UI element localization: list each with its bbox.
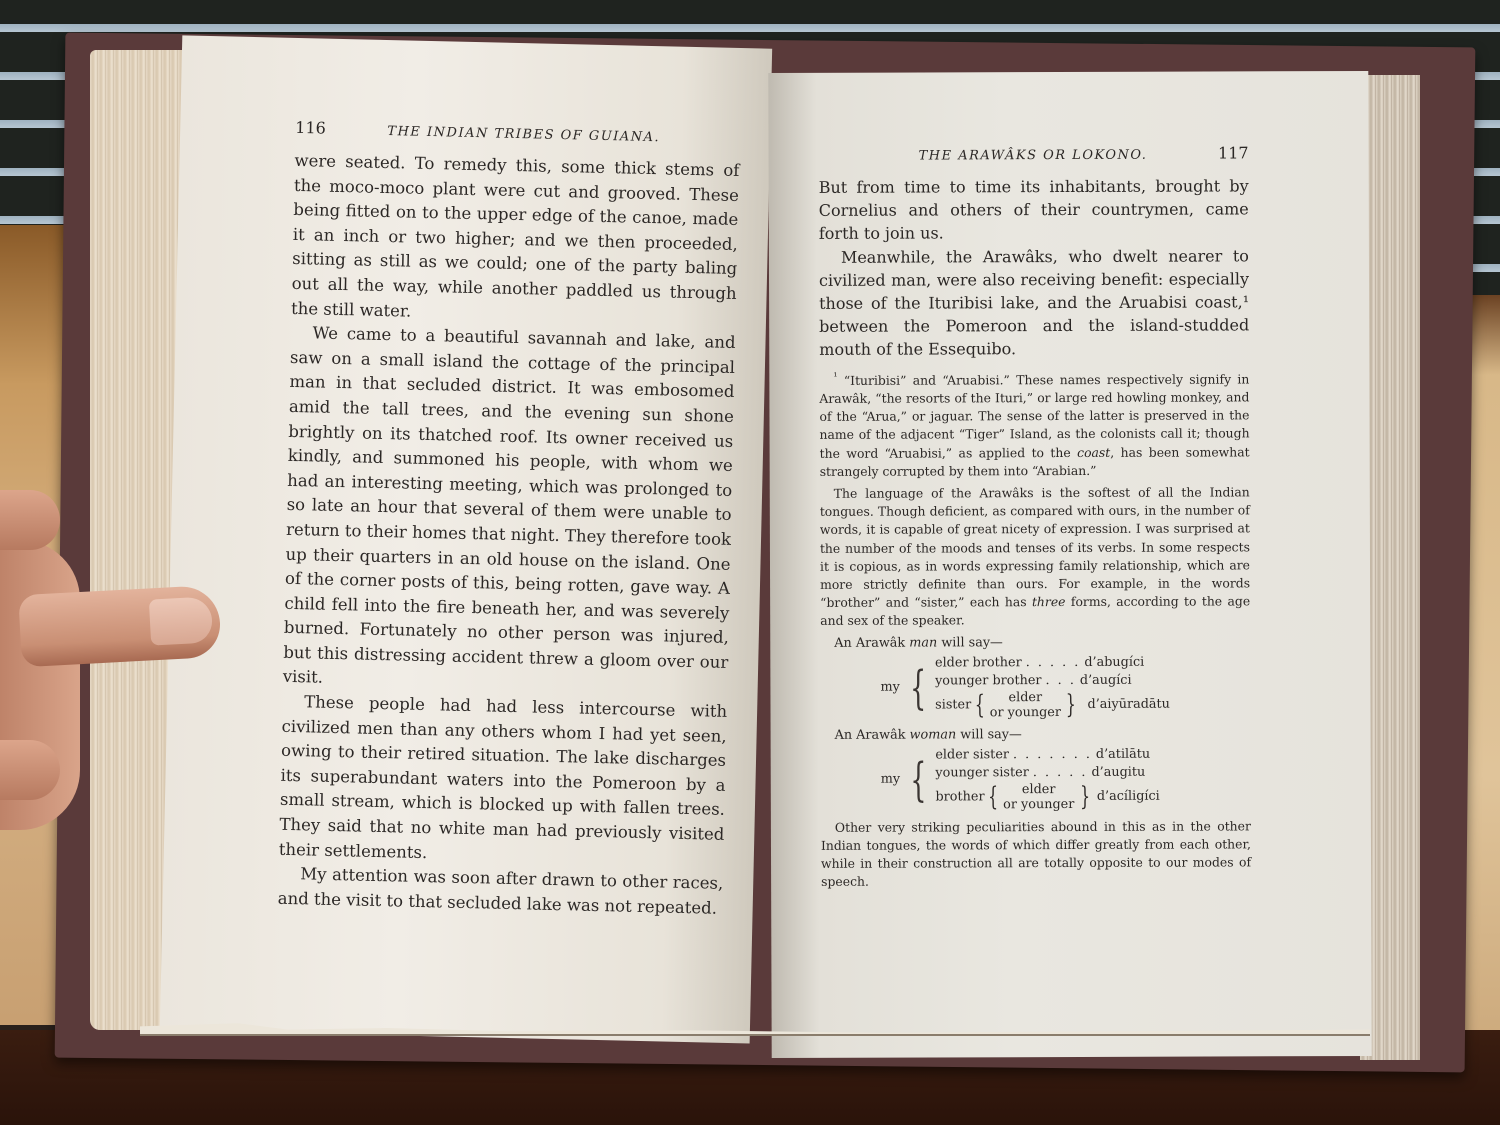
kin-dots: . . . . . . . <box>1013 746 1092 764</box>
kinship-man: An Arawâk man will say— my { elder broth… <box>820 633 1250 721</box>
brace-icon: { <box>988 784 998 810</box>
kinship-woman: An Arawâk woman will say— my { elder sis… <box>821 725 1251 813</box>
kin-term: sister <box>935 696 971 714</box>
kin-row: elder brother. . . . .d’abugíci <box>935 653 1170 672</box>
kin-word: d’abugíci <box>1084 653 1144 671</box>
kin-row: brother { elderor younger } d’acíligíci <box>935 781 1159 812</box>
paragraph: were seated. To remedy this, some thick … <box>291 149 740 331</box>
kin-term: younger sister <box>935 764 1028 782</box>
kin-word: d’acíligíci <box>1097 787 1160 805</box>
kin-word: d’augitu <box>1091 763 1145 781</box>
language-paragraph: The language of the Arawâks is the softe… <box>820 483 1251 630</box>
text: The language of the Arawâks is the softe… <box>820 484 1250 610</box>
text: An Arawâk <box>835 727 910 742</box>
running-head-title: THE INDIAN TRIBES OF GUIANA. <box>387 124 660 145</box>
kin-my: my <box>880 678 899 696</box>
kin-term: brother <box>935 788 984 806</box>
kin-row: younger brother. . .d’augíci <box>935 671 1170 690</box>
kin-dots: . . . . . <box>1033 764 1088 782</box>
left-running-head: 116 THE INDIAN TRIBES OF GUIANA. <box>295 118 740 147</box>
kin-sub: elderor younger <box>1003 782 1074 812</box>
kin-rows: elder sister. . . . . . .d’atilātu young… <box>935 745 1160 812</box>
paragraph: We came to a beautiful savannah and lake… <box>283 321 736 700</box>
kin-row: sister { elderor younger } d’aiyūradātu <box>935 689 1170 720</box>
text: will say— <box>937 635 1003 650</box>
emphasis: three <box>1032 594 1066 609</box>
kinship-table: my { elder sister. . . . . . .d’atilātu … <box>881 745 1251 812</box>
thumbnail <box>149 596 213 645</box>
emphasis: woman <box>910 727 957 742</box>
text: or younger <box>990 705 1061 720</box>
text: elder <box>1009 690 1043 705</box>
text: will say— <box>956 727 1022 742</box>
paragraph: But from time to time its inhabitants, b… <box>819 174 1249 245</box>
right-body-text: But from time to time its inhabitants, b… <box>819 174 1250 361</box>
kin-dots: . . . <box>1045 672 1075 690</box>
language-section: The language of the Arawâks is the softe… <box>820 483 1251 630</box>
page-number: 116 <box>295 118 326 138</box>
closing-section: Other very striking peculiarities abound… <box>821 817 1251 891</box>
kin-term: younger brother <box>935 672 1042 690</box>
kinship-table: my { elder brother. . . . .d’abugíci you… <box>880 653 1250 720</box>
text: or younger <box>1003 797 1074 812</box>
text: elder <box>1022 782 1056 797</box>
paragraph: These people had had less intercourse wi… <box>279 690 728 872</box>
kin-rows: elder brother. . . . .d’abugíci younger … <box>935 653 1170 720</box>
kinship-intro: An Arawâk man will say— <box>820 633 1250 653</box>
brace-close-icon: } <box>1066 692 1076 718</box>
kin-word: d’atilātu <box>1096 745 1150 763</box>
kin-row: younger sister. . . . .d’augitu <box>935 763 1159 782</box>
finger <box>0 740 60 800</box>
running-head-title: THE ARAWÂKS OR LOKONO. <box>919 148 1148 164</box>
footnote-emphasis: coast <box>1077 444 1110 459</box>
right-running-head: THE ARAWÂKS OR LOKONO. 117 <box>819 143 1249 164</box>
paragraph: Meanwhile, the Arawâks, who dwelt nearer… <box>819 244 1249 362</box>
kin-my: my <box>881 770 900 788</box>
brace-icon: { <box>910 664 926 710</box>
kin-sub: elderor younger <box>990 690 1061 720</box>
kin-row: elder sister. . . . . . .d’atilātu <box>935 745 1159 764</box>
closing-paragraph: Other very striking peculiarities abound… <box>821 817 1251 891</box>
kin-word: d’aiyūradātu <box>1087 695 1169 713</box>
right-page: THE ARAWÂKS OR LOKONO. 117 But from time… <box>768 71 1371 1058</box>
page-number: 117 <box>1218 143 1249 162</box>
brace-icon: { <box>974 692 984 718</box>
emphasis: man <box>909 635 937 650</box>
finger <box>0 490 60 550</box>
kinship-intro: An Arawâk woman will say— <box>821 725 1251 745</box>
holding-hand <box>0 480 225 830</box>
kin-term: elder brother <box>935 654 1022 672</box>
brace-close-icon: } <box>1080 784 1090 810</box>
left-page: 116 THE INDIAN TRIBES OF GUIANA. were se… <box>160 35 772 1043</box>
brace-icon: { <box>911 756 927 802</box>
paragraph: My attention was soon after drawn to oth… <box>277 862 723 921</box>
photo-scene: 116 THE INDIAN TRIBES OF GUIANA. were se… <box>0 0 1500 1125</box>
footnote: ¹ “Ituribisi” and “Aruabisi.” These name… <box>819 366 1249 481</box>
text: An Arawâk <box>834 635 909 650</box>
footnote-marker: ¹ <box>833 370 837 382</box>
kin-term: elder sister <box>935 746 1009 764</box>
kin-word: d’augíci <box>1080 671 1132 689</box>
left-body-text: were seated. To remedy this, some thick … <box>277 149 739 921</box>
kin-dots: . . . . . <box>1026 654 1081 672</box>
